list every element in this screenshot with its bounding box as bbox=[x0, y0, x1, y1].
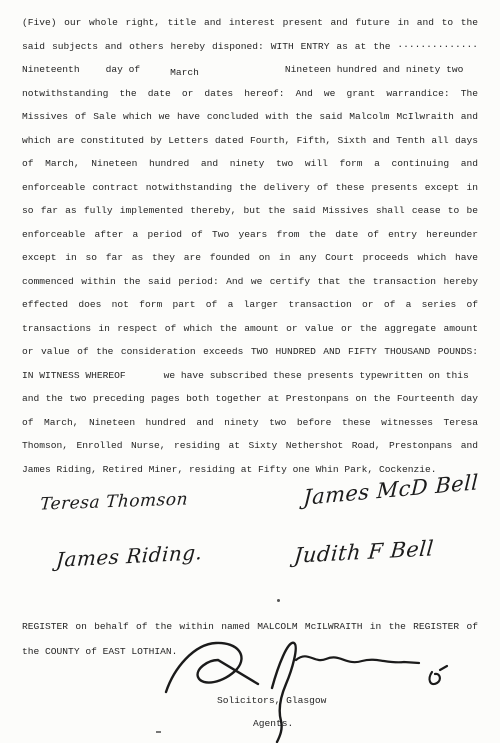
in-witness-whereof-label: IN WITNESS WHEREOF bbox=[22, 370, 126, 381]
deed-entry-date-line: Nineteenthday ofMarchNineteen hundred an… bbox=[22, 58, 478, 82]
witness-clause-rest: we have subscribed these presents typewr… bbox=[164, 370, 469, 381]
deed-line: of March, Nineteen hundred and ninety tw… bbox=[22, 411, 478, 435]
signature-witness-james-riding: James Riding. bbox=[55, 540, 203, 572]
deed-line: so far as fully implemented thereby, but… bbox=[22, 199, 478, 223]
document-page: (Five) our whole right, title and intere… bbox=[0, 0, 500, 743]
deed-line: of March, Nineteen hundred and ninety tw… bbox=[22, 152, 478, 176]
entry-month-typed-in: March bbox=[170, 61, 199, 85]
deed-body-text: (Five) our whole right, title and intere… bbox=[22, 11, 478, 481]
deed-line: said subjects and others hereby disponed… bbox=[22, 35, 478, 59]
deed-line: and the two preceding pages both togethe… bbox=[22, 387, 478, 411]
deed-line: enforceable contract notwithstanding the… bbox=[22, 176, 478, 200]
deed-line: or value of the consideration exceeds TW… bbox=[22, 340, 478, 364]
deed-line: enforceable after a period of Two years … bbox=[22, 223, 478, 247]
deed-line: except in so far as they are founded on … bbox=[22, 246, 478, 270]
solicitor-signature-scrawl bbox=[160, 626, 470, 743]
deed-witness-clause-line: IN WITNESS WHEREOFwe have subscribed the… bbox=[22, 364, 478, 388]
entry-day-word: Nineteenth bbox=[22, 58, 80, 82]
stray-ink-dot bbox=[277, 599, 280, 602]
deed-line: (Five) our whole right, title and intere… bbox=[22, 11, 478, 35]
deed-line: Thomson, Enrolled Nurse, residing at Six… bbox=[22, 434, 478, 458]
signature-witness-teresa-thomson: Teresa Thomson bbox=[39, 489, 188, 514]
registration-line: the COUNTY of EAST LOTHIAN. bbox=[22, 646, 177, 657]
deed-line: which are constituted by Letters dated F… bbox=[22, 129, 478, 153]
deed-line: effected does not form part of a larger … bbox=[22, 293, 478, 317]
signature-granter-judith-bell: Judith F Bell bbox=[293, 536, 435, 567]
deed-line: transactions in respect of which the amo… bbox=[22, 317, 478, 341]
entry-year-words: Nineteen hundred and ninety two bbox=[285, 58, 463, 82]
entry-day-of-label: day of bbox=[106, 58, 141, 82]
deed-line: notwithstanding the date or dates hereof… bbox=[22, 82, 478, 106]
deed-line: commenced within the said period: And we… bbox=[22, 270, 478, 294]
deed-line: Missives of Sale which we have concluded… bbox=[22, 105, 478, 129]
